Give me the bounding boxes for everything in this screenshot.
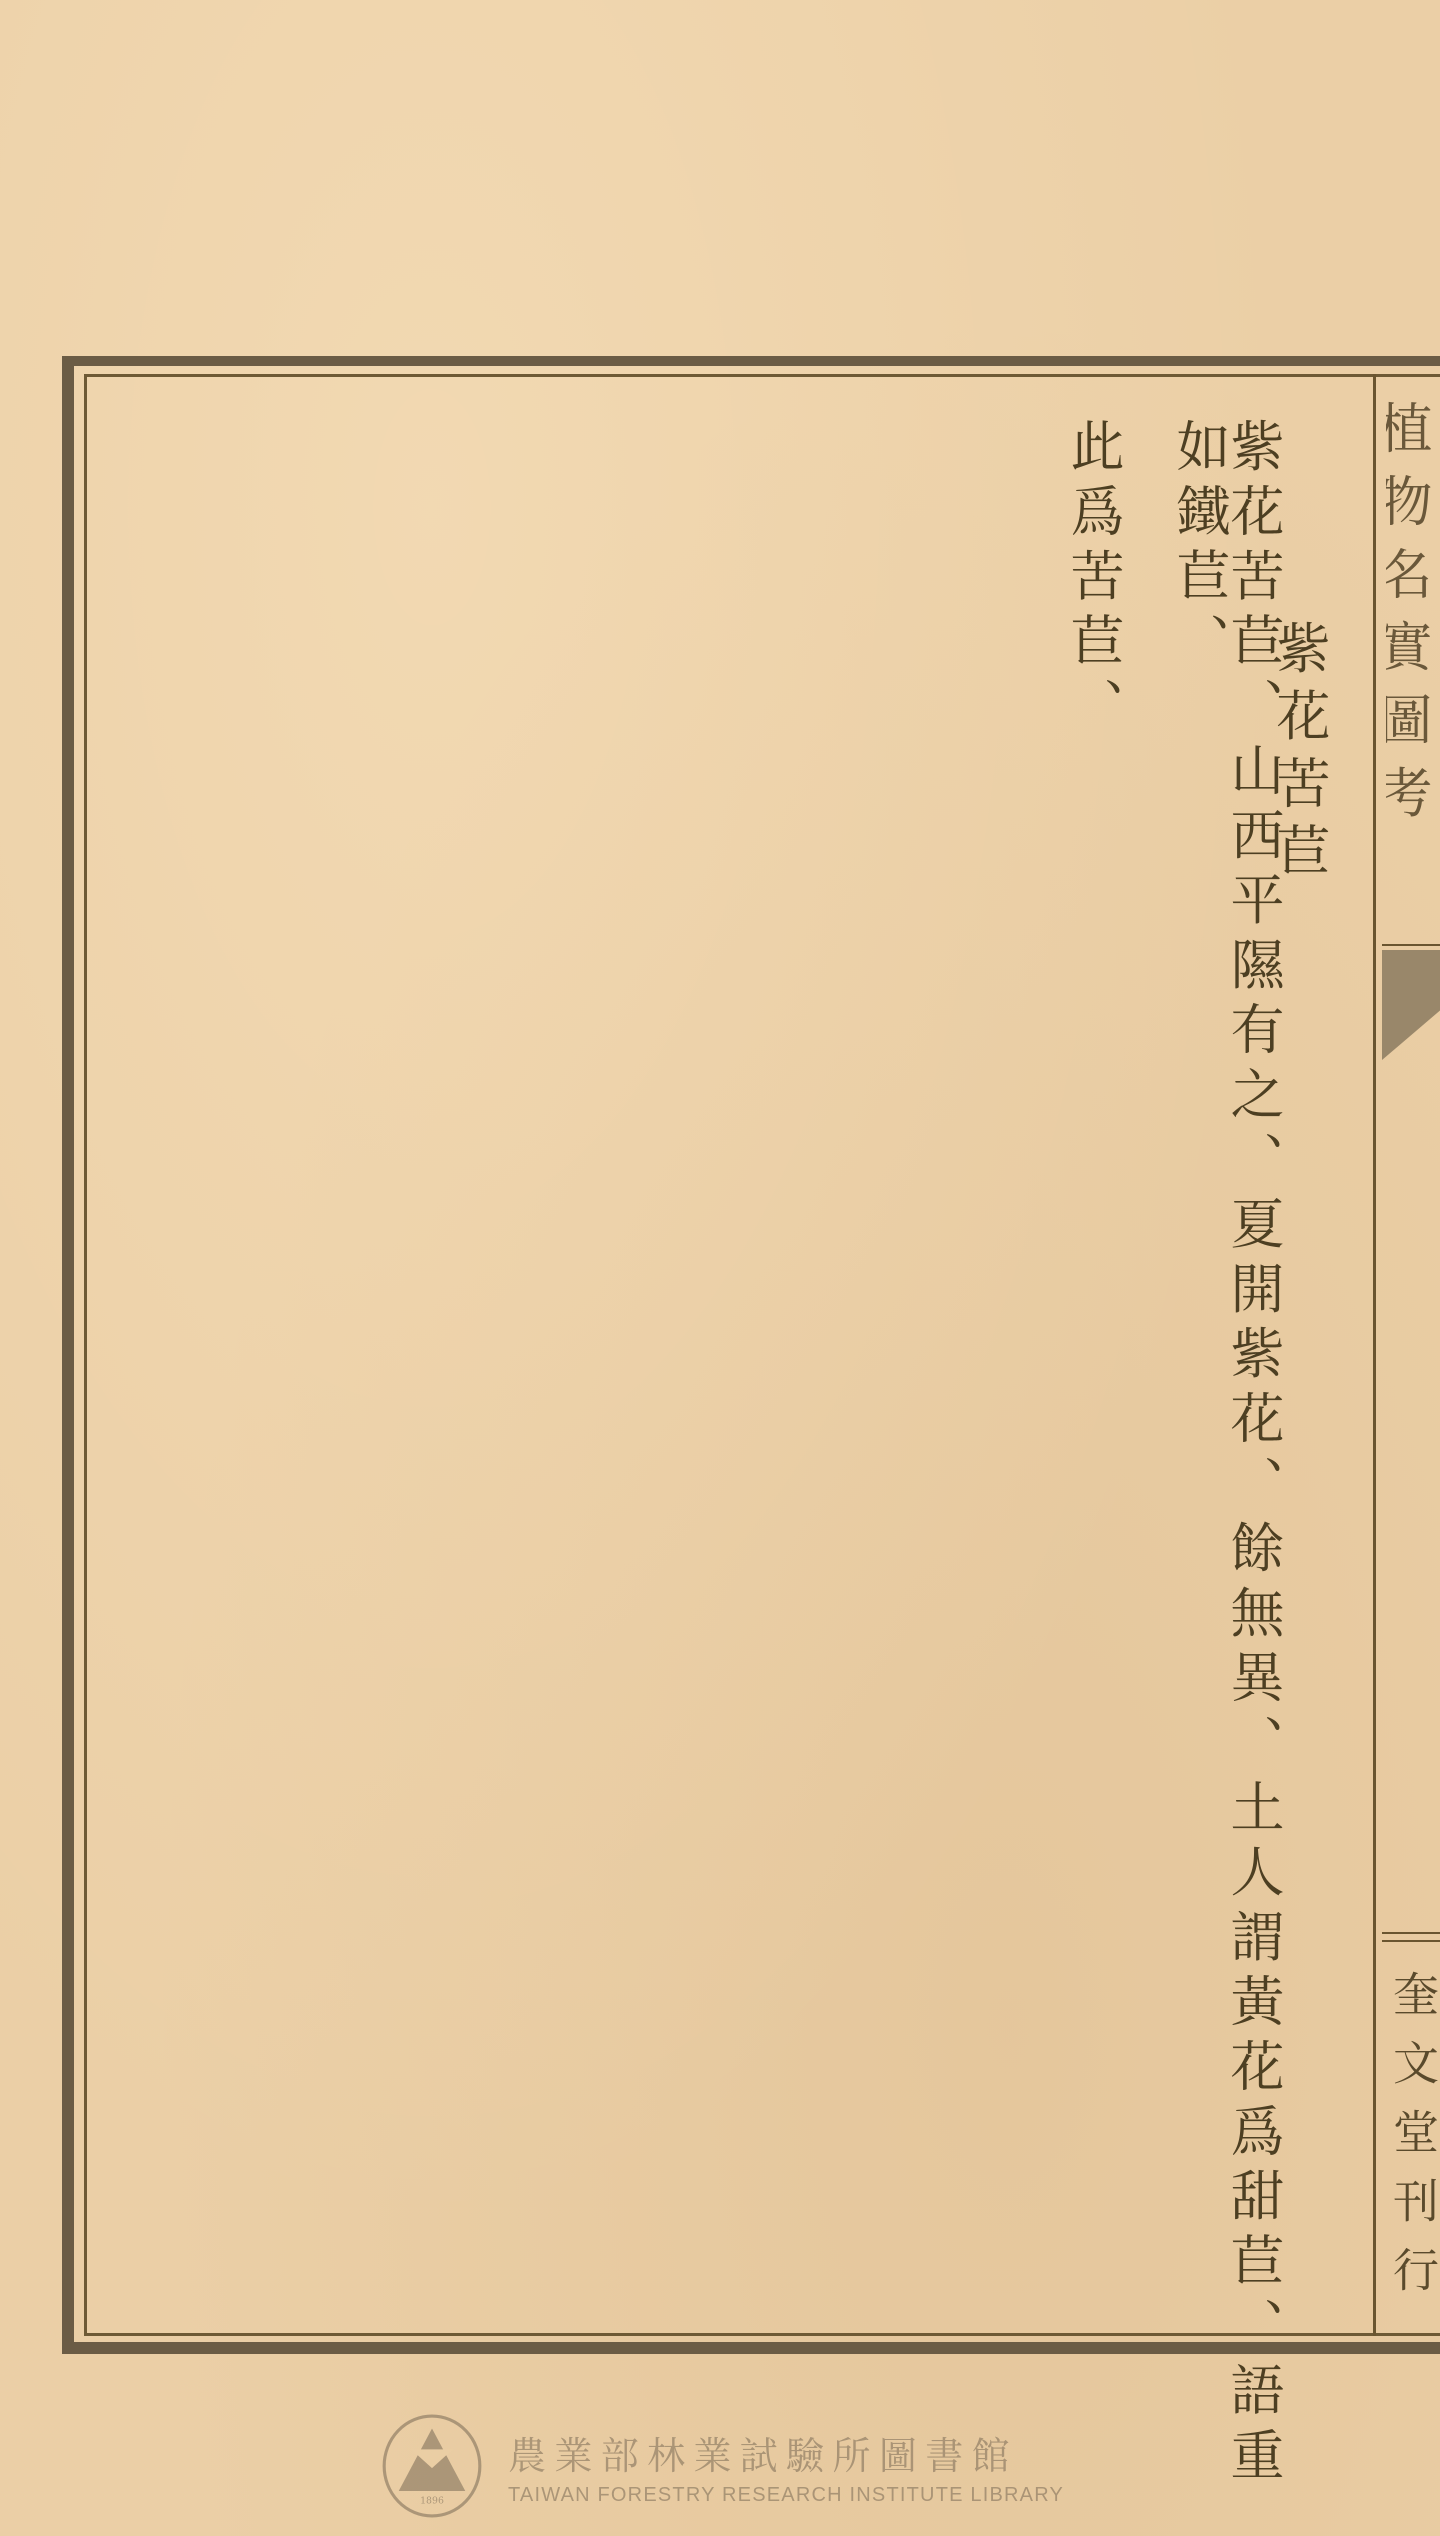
publisher-rule-bottom	[1382, 1940, 1440, 1942]
watermark-english-name: TAIWAN FORESTRY RESEARCH INSTITUTE LIBRA…	[508, 2484, 1064, 2507]
margin-book-title: 植物名實圖考	[1386, 400, 1440, 837]
svg-text:1896: 1896	[420, 2495, 444, 2506]
publisher-rule-top	[1382, 1932, 1440, 1934]
watermark-chinese-name: 農業部林業試驗所圖書館	[508, 2425, 1064, 2480]
body-text-column-2: 此爲苦苣、	[1066, 418, 1120, 742]
institute-logo-icon: 1896	[380, 2414, 484, 2518]
library-watermark: 1896 農業部林業試驗所圖書館 TAIWAN FORESTRY RESEARC…	[380, 2414, 1064, 2518]
fish-tail-rule	[1382, 944, 1440, 946]
body-text-column-1: 紫花苦苣、山西平隰有之、夏開紫花、餘無異、土人謂黃花爲甜苣、語重如鐵苣、	[1172, 418, 1280, 2536]
publisher-imprint: 奎文堂刊行	[1380, 1970, 1440, 2315]
margin-divider-line	[1373, 374, 1376, 2336]
